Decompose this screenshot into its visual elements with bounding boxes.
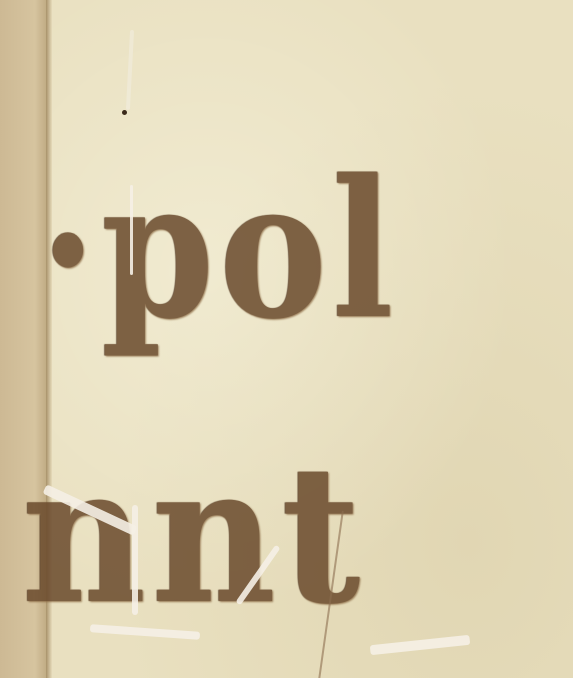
stitch-hole [122, 110, 127, 115]
script-line-1: ·pol [40, 140, 399, 360]
repair-thread [132, 505, 138, 615]
script-line-2: nnt [22, 430, 366, 640]
repair-thread [130, 185, 133, 275]
